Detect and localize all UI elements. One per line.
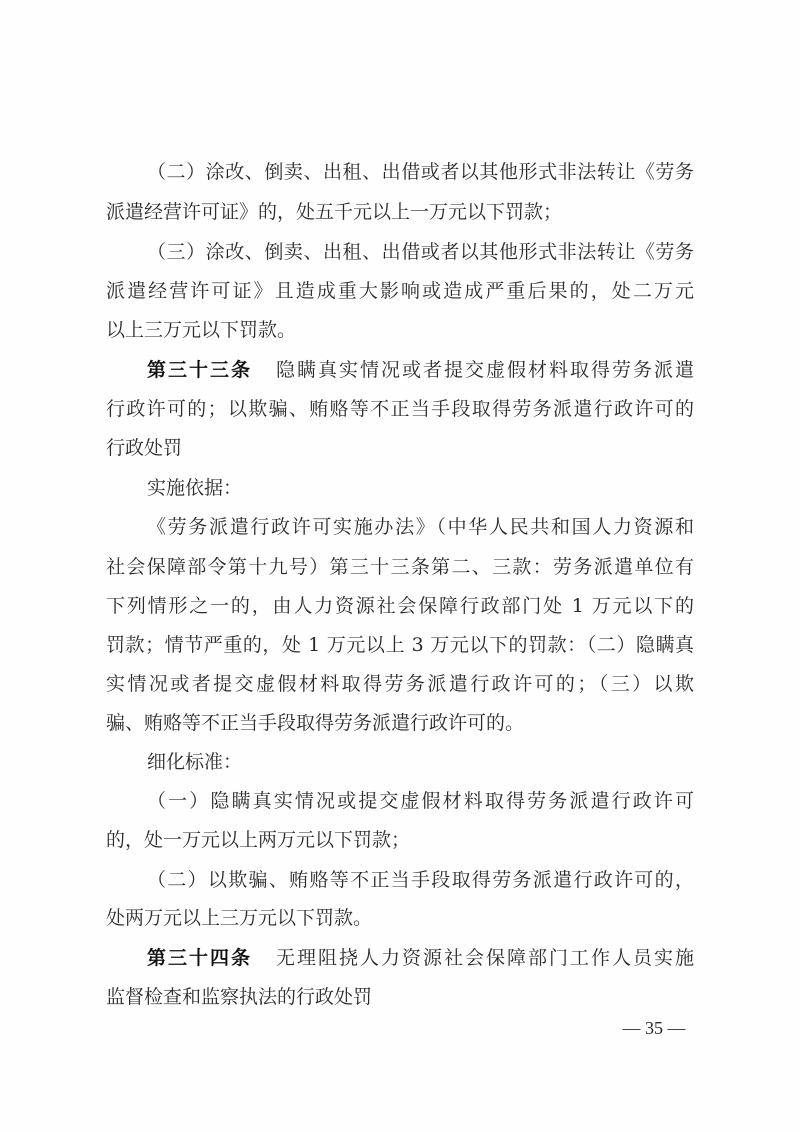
article-33-title-line-2: 行政许可的；以欺骗、贿赂等不正当手段取得劳务派遣行政许可的	[106, 397, 694, 421]
basis-text-line-6: 骗、贿赂等不正当手段取得劳务派遣行政许可的。	[106, 711, 694, 735]
article-34-title-text: 无理阻挠人力资源社会保障部门工作人员实施	[276, 947, 694, 969]
standard-item-2-line-2: 处两万元以上三万元以下罚款。	[106, 906, 694, 930]
article-33-title-text: 隐瞒真实情况或者提交虚假材料取得劳务派遣	[276, 359, 694, 381]
paragraph-item-2-line-2: 派遣经营许可证》的，处五千元以上一万元以下罚款；	[106, 200, 694, 224]
paragraph-item-3-line-2: 派遣经营许可证》且造成重大影响或造成严重后果的，处二万元	[106, 279, 694, 303]
standard-item-1-line-2: 的，处一万元以上两万元以下罚款；	[106, 828, 694, 852]
standard-item-2-line-1: （二）以欺骗、贿赂等不正当手段取得劳务派遣行政许可的，	[147, 868, 694, 892]
article-33-title-line-3: 行政处罚	[106, 436, 694, 460]
article-34-title-line-1: 第三十四条无理阻挠人力资源社会保障部门工作人员实施	[147, 946, 694, 970]
paragraph-item-3-line-3: 以上三万元以下罚款。	[106, 318, 694, 342]
basis-text-line-5: 实情况或者提交虚假材料取得劳务派遣行政许可的；（三）以欺	[106, 672, 694, 696]
basis-text-line-4: 罚款；情节严重的，处 1 万元以上 3 万元以下的罚款：（二）隐瞒真	[106, 633, 694, 657]
standard-label: 细化标准：	[147, 750, 694, 774]
standard-item-1-line-1: （一）隐瞒真实情况或提交虚假材料取得劳务派遣行政许可	[147, 789, 694, 813]
paragraph-item-2-line-1: （二）涂改、倒卖、出租、出借或者以其他形式非法转让《劳务	[147, 160, 694, 184]
article-34-heading: 第三十四条	[147, 947, 252, 969]
paragraph-item-3-line-1: （三）涂改、倒卖、出租、出借或者以其他形式非法转让《劳务	[147, 240, 694, 264]
basis-label: 实施依据：	[147, 476, 694, 500]
article-34-title-line-2: 监督检查和监察执法的行政处罚	[106, 985, 694, 1009]
article-33-title-line-1: 第三十三条隐瞒真实情况或者提交虚假材料取得劳务派遣	[147, 358, 694, 382]
document-page: （二）涂改、倒卖、出租、出借或者以其他形式非法转让《劳务 派遣经营许可证》的，处…	[0, 0, 800, 1132]
basis-text-line-3: 下列情形之一的，由人力资源社会保障行政部门处 1 万元以下的	[106, 594, 694, 618]
basis-text-line-2: 社会保障部令第十九号）第三十三条第二、三款：劳务派遣单位有	[106, 555, 694, 579]
basis-text-line-1: 《劳务派遣行政许可实施办法》（中华人民共和国人力资源和	[147, 515, 694, 539]
article-33-heading: 第三十三条	[147, 359, 252, 381]
page-number: — 35 —	[618, 1017, 690, 1039]
